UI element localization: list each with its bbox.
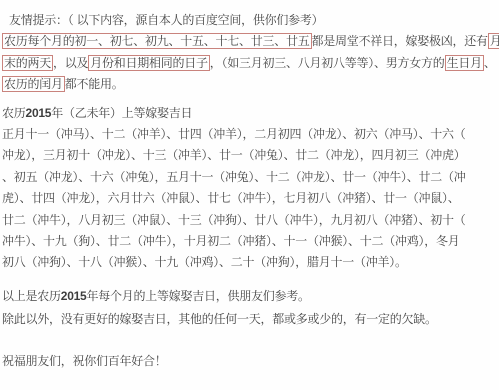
- summary-year: 2015: [61, 289, 87, 303]
- warning-text: ，以及: [53, 56, 88, 70]
- calendar-line-1: 正月十一（冲马）、十二（冲羊）、廿四（冲羊），二月初四（冲龙）、初六（冲马）、十…: [2, 124, 499, 145]
- summary-suffix: 年每个月的上等嫁娶吉日，供朋友们参考。: [86, 289, 309, 303]
- calendar-line-5: 廿二（冲牛），八月初三（冲鼠）、十三（冲狗）、廿八（冲牛），九月初八（冲猪）、初…: [2, 210, 499, 231]
- intro-note: 友情提示：（ 以下内容，源自本人的百度空间，供你们参考）: [9, 10, 499, 31]
- warning-line-2: 末的两天，以及月份和日期相同的日子，（如三月初三、八月初八等等）、男方女方的生日…: [2, 53, 499, 74]
- auspicious-dates-list: 正月十一（冲马）、十二（冲羊）、廿四（冲羊），二月初四（冲龙）、初六（冲马）、十…: [2, 124, 499, 274]
- document-page: 友情提示：（ 以下内容，源自本人的百度空间，供你们参考） 农历每个月的初一、初七…: [0, 0, 499, 390]
- calendar-line-2: 冲龙），三月初十（冲龙）、十三（冲羊）、廿一（冲兔）、廿二（冲龙），四月初三（冲…: [2, 145, 499, 166]
- highlighted-month-char: 月: [488, 33, 499, 49]
- calendar-line-3: 、初五（冲龙）、十六（冲兔），五月十一（冲兔）、十二（冲龙）、廿一（冲牛）、廿二…: [2, 167, 499, 188]
- closing-wish: 祝福朋友们，祝你们百年好合！: [2, 351, 499, 372]
- highlighted-same-date: 月份和日期相同的日子: [88, 55, 210, 71]
- summary-prefix: 以上是农历: [2, 289, 61, 303]
- warning-paragraph: 农历每个月的初一、初七、初九、十五、十七、廿三、廿五都是周堂不祥日，嫁娶极凶，还…: [2, 31, 499, 95]
- highlighted-bad-days: 农历每个月的初一、初七、初九、十五、十七、廿三、廿五: [2, 33, 312, 49]
- warning-text: 都不能用。: [65, 77, 124, 91]
- warning-text: 都是周堂不祥日，嫁娶极凶，还有: [312, 34, 488, 48]
- summary-line: 以上是农历2015年每个月的上等嫁娶吉日，供朋友们参考。: [2, 286, 499, 307]
- highlighted-leap-month: 农历的闰月: [2, 76, 65, 92]
- highlighted-birth-month: 生日月: [445, 55, 484, 71]
- calendar-line-6: 冲牛）、十九（狗）、廿二（冲牛），十月初二（冲猪）、十一（冲猴）、十二（冲鸡），…: [2, 231, 499, 252]
- calendar-line-4: 虎）、廿四（冲龙），六月廿六（冲鼠）、廿七（冲牛），七月初八（冲猪）、廿一（冲鼠…: [2, 188, 499, 209]
- section-title-prefix: 农历: [2, 106, 26, 120]
- section-title-suffix: 年（乙未年）上等嫁娶吉日: [51, 106, 192, 120]
- warning-text: 、: [484, 56, 496, 70]
- calendar-line-7: 初八（冲狗）、十八（冲猴）、十九（冲鸡）、二十（冲狗），腊月十一（冲羊）。: [2, 252, 499, 273]
- section-title: 农历2015年（乙未年）上等嫁娶吉日: [2, 103, 499, 124]
- highlighted-month-end: 末的两天: [2, 55, 53, 71]
- additional-note: 除此以外，没有更好的嫁娶吉日，其他的任何一天，都或多或少的，有一定的欠缺。: [2, 309, 499, 330]
- warning-line-1: 农历每个月的初一、初七、初九、十五、十七、廿三、廿五都是周堂不祥日，嫁娶极凶，还…: [2, 31, 499, 52]
- warning-line-3: 农历的闰月都不能用。: [2, 74, 499, 95]
- section-title-year: 2015: [26, 106, 52, 120]
- warning-text: ，（如三月初三、八月初八等等）、男方女方的: [210, 56, 445, 70]
